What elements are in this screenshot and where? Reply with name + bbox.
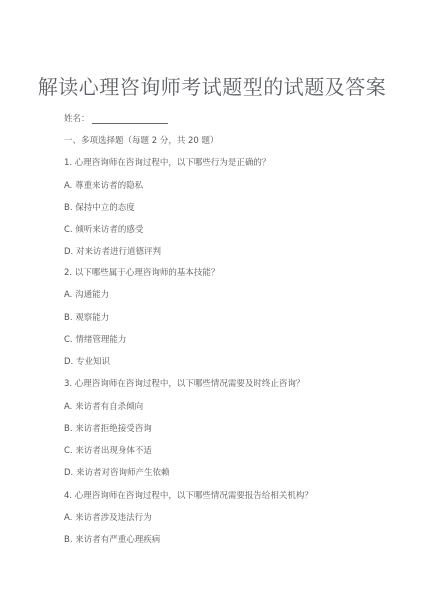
name-field-row: 姓名：: [64, 112, 168, 124]
question-2-option-d: D. 专业知识: [64, 355, 110, 367]
question-3: 3. 心理咨询师在咨询过程中，以下哪些情况需要及时终止咨询？: [64, 377, 304, 389]
question-2: 2. 以下哪些属于心理咨询师的基本技能？: [64, 266, 219, 278]
question-4-option-a: A. 来访者涉及违法行为: [64, 511, 152, 523]
question-2-option-c: C. 情绪管理能力: [64, 333, 126, 345]
question-1-option-c: C. 倾听来访者的感受: [64, 223, 143, 235]
question-2-option-b: B. 观察能力: [64, 311, 109, 323]
question-1-option-b: B. 保持中立的态度: [64, 201, 135, 213]
question-4-option-b: B. 来访者有严重心理疾病: [64, 533, 160, 545]
question-3-option-a: A. 来访者有自杀倾向: [64, 400, 143, 412]
question-3-option-b: B. 来访者拒绝接受咨询: [64, 422, 152, 434]
section-heading: 一、多项选择题（每题 2 分，共 20 题）: [64, 134, 219, 146]
question-1-option-d: D. 对来访者进行道德评判: [64, 245, 161, 257]
question-1-option-a: A. 尊重来访者的隐私: [64, 179, 143, 191]
question-3-option-d: D. 来访者对咨询师产生依赖: [64, 466, 169, 478]
question-3-option-c: C. 来访者出现身体不适: [64, 444, 152, 456]
question-1: 1. 心理咨询师在咨询过程中，以下哪些行为是正确的？: [64, 156, 270, 168]
name-label: 姓名：: [64, 114, 90, 124]
question-4: 4. 心理咨询师在咨询过程中，以下哪些情况需要报告给相关机构？: [64, 489, 313, 501]
document-title: 解读心理咨询师考试题型的试题及答案: [0, 71, 424, 100]
name-blank-line[interactable]: [92, 114, 168, 124]
question-2-option-a: A. 沟通能力: [64, 288, 109, 300]
